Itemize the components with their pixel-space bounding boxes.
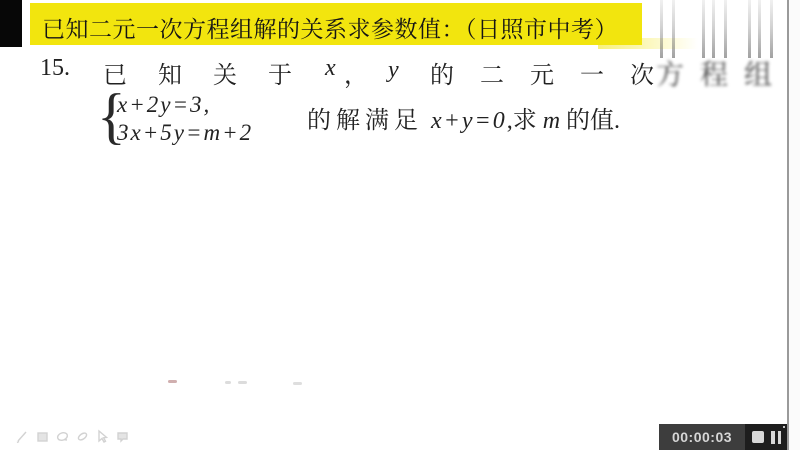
faint-mark (225, 381, 231, 384)
screen-edge-strip (789, 0, 800, 450)
condition-equation: x+y=0 (431, 108, 507, 134)
motion-streak (748, 0, 751, 58)
problem-number: 15. (40, 55, 70, 82)
tail-text-2: 的值. (566, 108, 620, 134)
problem-line-2: 的解满足x+y=0,求m的值. (307, 100, 620, 135)
faint-mark (168, 380, 177, 383)
motion-streak (712, 0, 715, 58)
note-icon[interactable] (114, 428, 130, 444)
motion-streak (770, 0, 773, 58)
blurred-chars: 方程组 (656, 53, 788, 93)
variable-x: x (325, 55, 338, 82)
motion-streak (672, 0, 675, 58)
pause-button[interactable] (771, 431, 781, 444)
pen-icon[interactable] (74, 428, 90, 444)
video-frame: 已知二元一次方程组解的关系求参数值：（日照市中考） 15. 已知关于 x ， y… (0, 0, 800, 450)
problem-intro-1: 已知关于 (103, 55, 323, 90)
problem-intro-2: 的二元一次 (430, 55, 680, 90)
cursor-icon[interactable] (94, 428, 110, 444)
mid-text: 的解满足 (307, 108, 423, 134)
faint-mark (238, 381, 247, 384)
motion-streak (660, 0, 663, 58)
headline-highlight: 已知二元一次方程组解的关系求参数值：（日照市中考） (30, 3, 642, 45)
letterbox-corner (0, 0, 22, 47)
highlight-brush-tail (598, 38, 698, 49)
motion-streak (724, 0, 727, 58)
recorder-controls (745, 424, 788, 450)
pencil-icon[interactable] (14, 428, 30, 444)
variable-y: y (388, 57, 401, 84)
motion-streak (702, 0, 705, 58)
comma: ， (344, 55, 368, 90)
eraser-icon[interactable] (54, 428, 70, 444)
recording-timer: 00:00:03 (659, 424, 745, 450)
faint-mark (293, 382, 302, 385)
recording-indicator-dot (783, 426, 785, 428)
variable-m: m (543, 108, 560, 134)
stop-button[interactable] (752, 431, 764, 443)
recorder-bar: 00:00:03 (659, 424, 788, 450)
annotation-toolbar (14, 428, 130, 444)
headline-text: 已知二元一次方程组解的关系求参数值：（日照市中考） (42, 11, 618, 44)
pause-bar (771, 431, 775, 444)
equation-2: 3x+5y=m+2 (117, 120, 253, 146)
motion-streak (758, 0, 761, 58)
pause-bar (778, 431, 782, 444)
equation-1: x+2y=3, (117, 92, 211, 118)
square-icon[interactable] (34, 428, 50, 444)
tail-text-1: ,求 (507, 108, 537, 134)
